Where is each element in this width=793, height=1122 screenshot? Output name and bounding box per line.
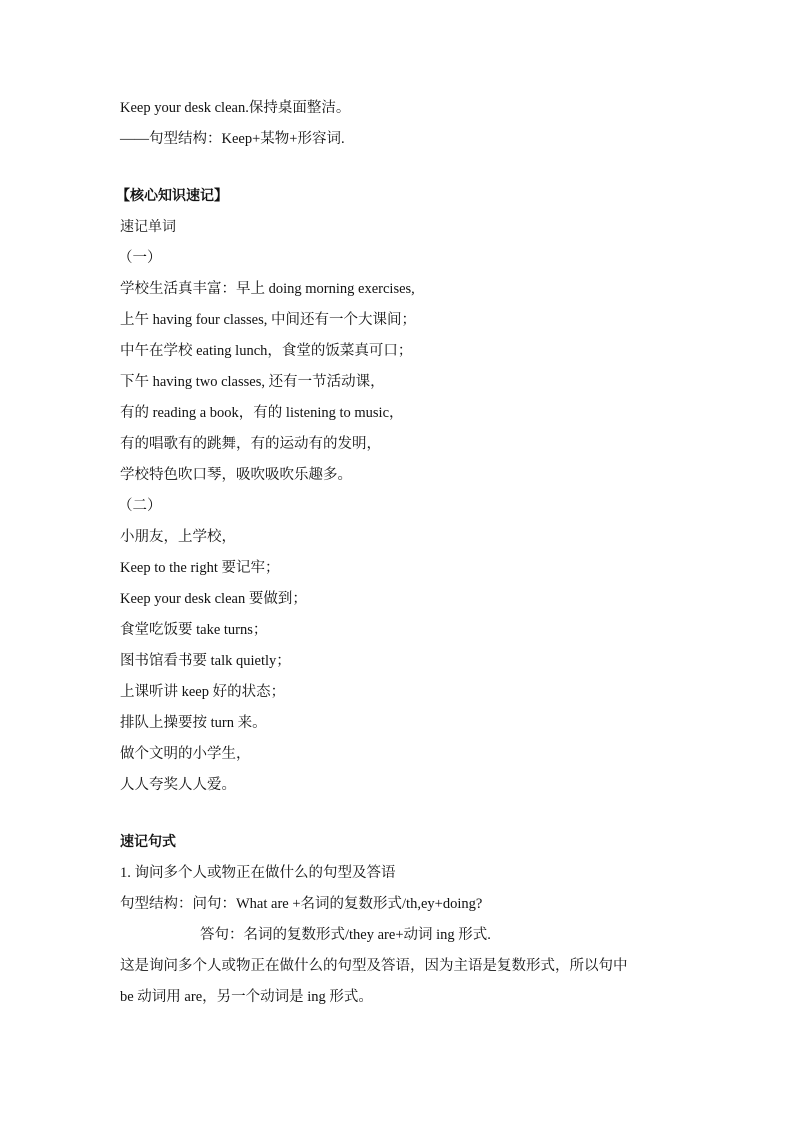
rhyme-line: 中午在学校 eating lunch，食堂的饭菜真可口；: [120, 336, 680, 367]
rhyme-line: 排队上操要按 turn 来。: [120, 708, 680, 739]
rhyme-line: Keep your desk clean 要做到；: [120, 584, 680, 615]
part1-label: （一）: [118, 243, 680, 274]
rhyme-line: 学校生活真丰富：早上 doing morning exercises,: [120, 274, 680, 305]
spacer: [120, 801, 680, 827]
sentence-pattern-answer: 答句：名词的复数形式/they are+动词 ing 形式.: [120, 920, 680, 951]
document-page: Keep your desk clean.保持桌面整洁。 ——句型结构：Keep…: [120, 93, 680, 1013]
subheading-sentences: 速记句式: [120, 827, 680, 858]
rhyme-line: 上午 having four classes, 中间还有一个大课间；: [120, 305, 680, 336]
rhyme-line: 有的 reading a book，有的 listening to music，: [120, 398, 680, 429]
rhyme-line: Keep to the right 要记牢；: [120, 553, 680, 584]
rhyme-line: 学校特色吹口琴，吸吹吸吹乐趣多。: [120, 460, 680, 491]
rhyme-line: 做个文明的小学生，: [120, 739, 680, 770]
sentence-pattern-title: 1. 询问多个人或物正在做什么的句型及答语: [120, 858, 680, 889]
spacer: [120, 155, 680, 181]
subheading-vocab: 速记单词: [120, 212, 680, 243]
sentence-pattern-question: 句型结构：问句：What are +名词的复数形式/th,ey+doing?: [120, 889, 680, 920]
rhyme-line: 小朋友，上学校，: [120, 522, 680, 553]
rhyme-line: 图书馆看书要 talk quietly；: [120, 646, 680, 677]
sentence-structure-note: ——句型结构：Keep+某物+形容词.: [120, 124, 680, 155]
rhyme-line: 上课听讲 keep 好的状态；: [120, 677, 680, 708]
rhyme-line: 有的唱歌有的跳舞，有的运动有的发明，: [120, 429, 680, 460]
rhyme-line: 下午 having two classes, 还有一节活动课，: [120, 367, 680, 398]
sentence-pattern-explanation: be 动词用 are，另一个动词是 ing 形式。: [120, 982, 680, 1013]
section-heading-core-knowledge: 【核心知识速记】: [116, 181, 680, 212]
rhyme-line: 人人夸奖人人爱。: [120, 770, 680, 801]
rhyme-line: 食堂吃饭要 take turns；: [120, 615, 680, 646]
example-sentence: Keep your desk clean.保持桌面整洁。: [120, 93, 680, 124]
sentence-pattern-explanation: 这是询问多个人或物正在做什么的句型及答语，因为主语是复数形式，所以句中: [120, 951, 680, 982]
part2-label: （二）: [118, 491, 680, 522]
